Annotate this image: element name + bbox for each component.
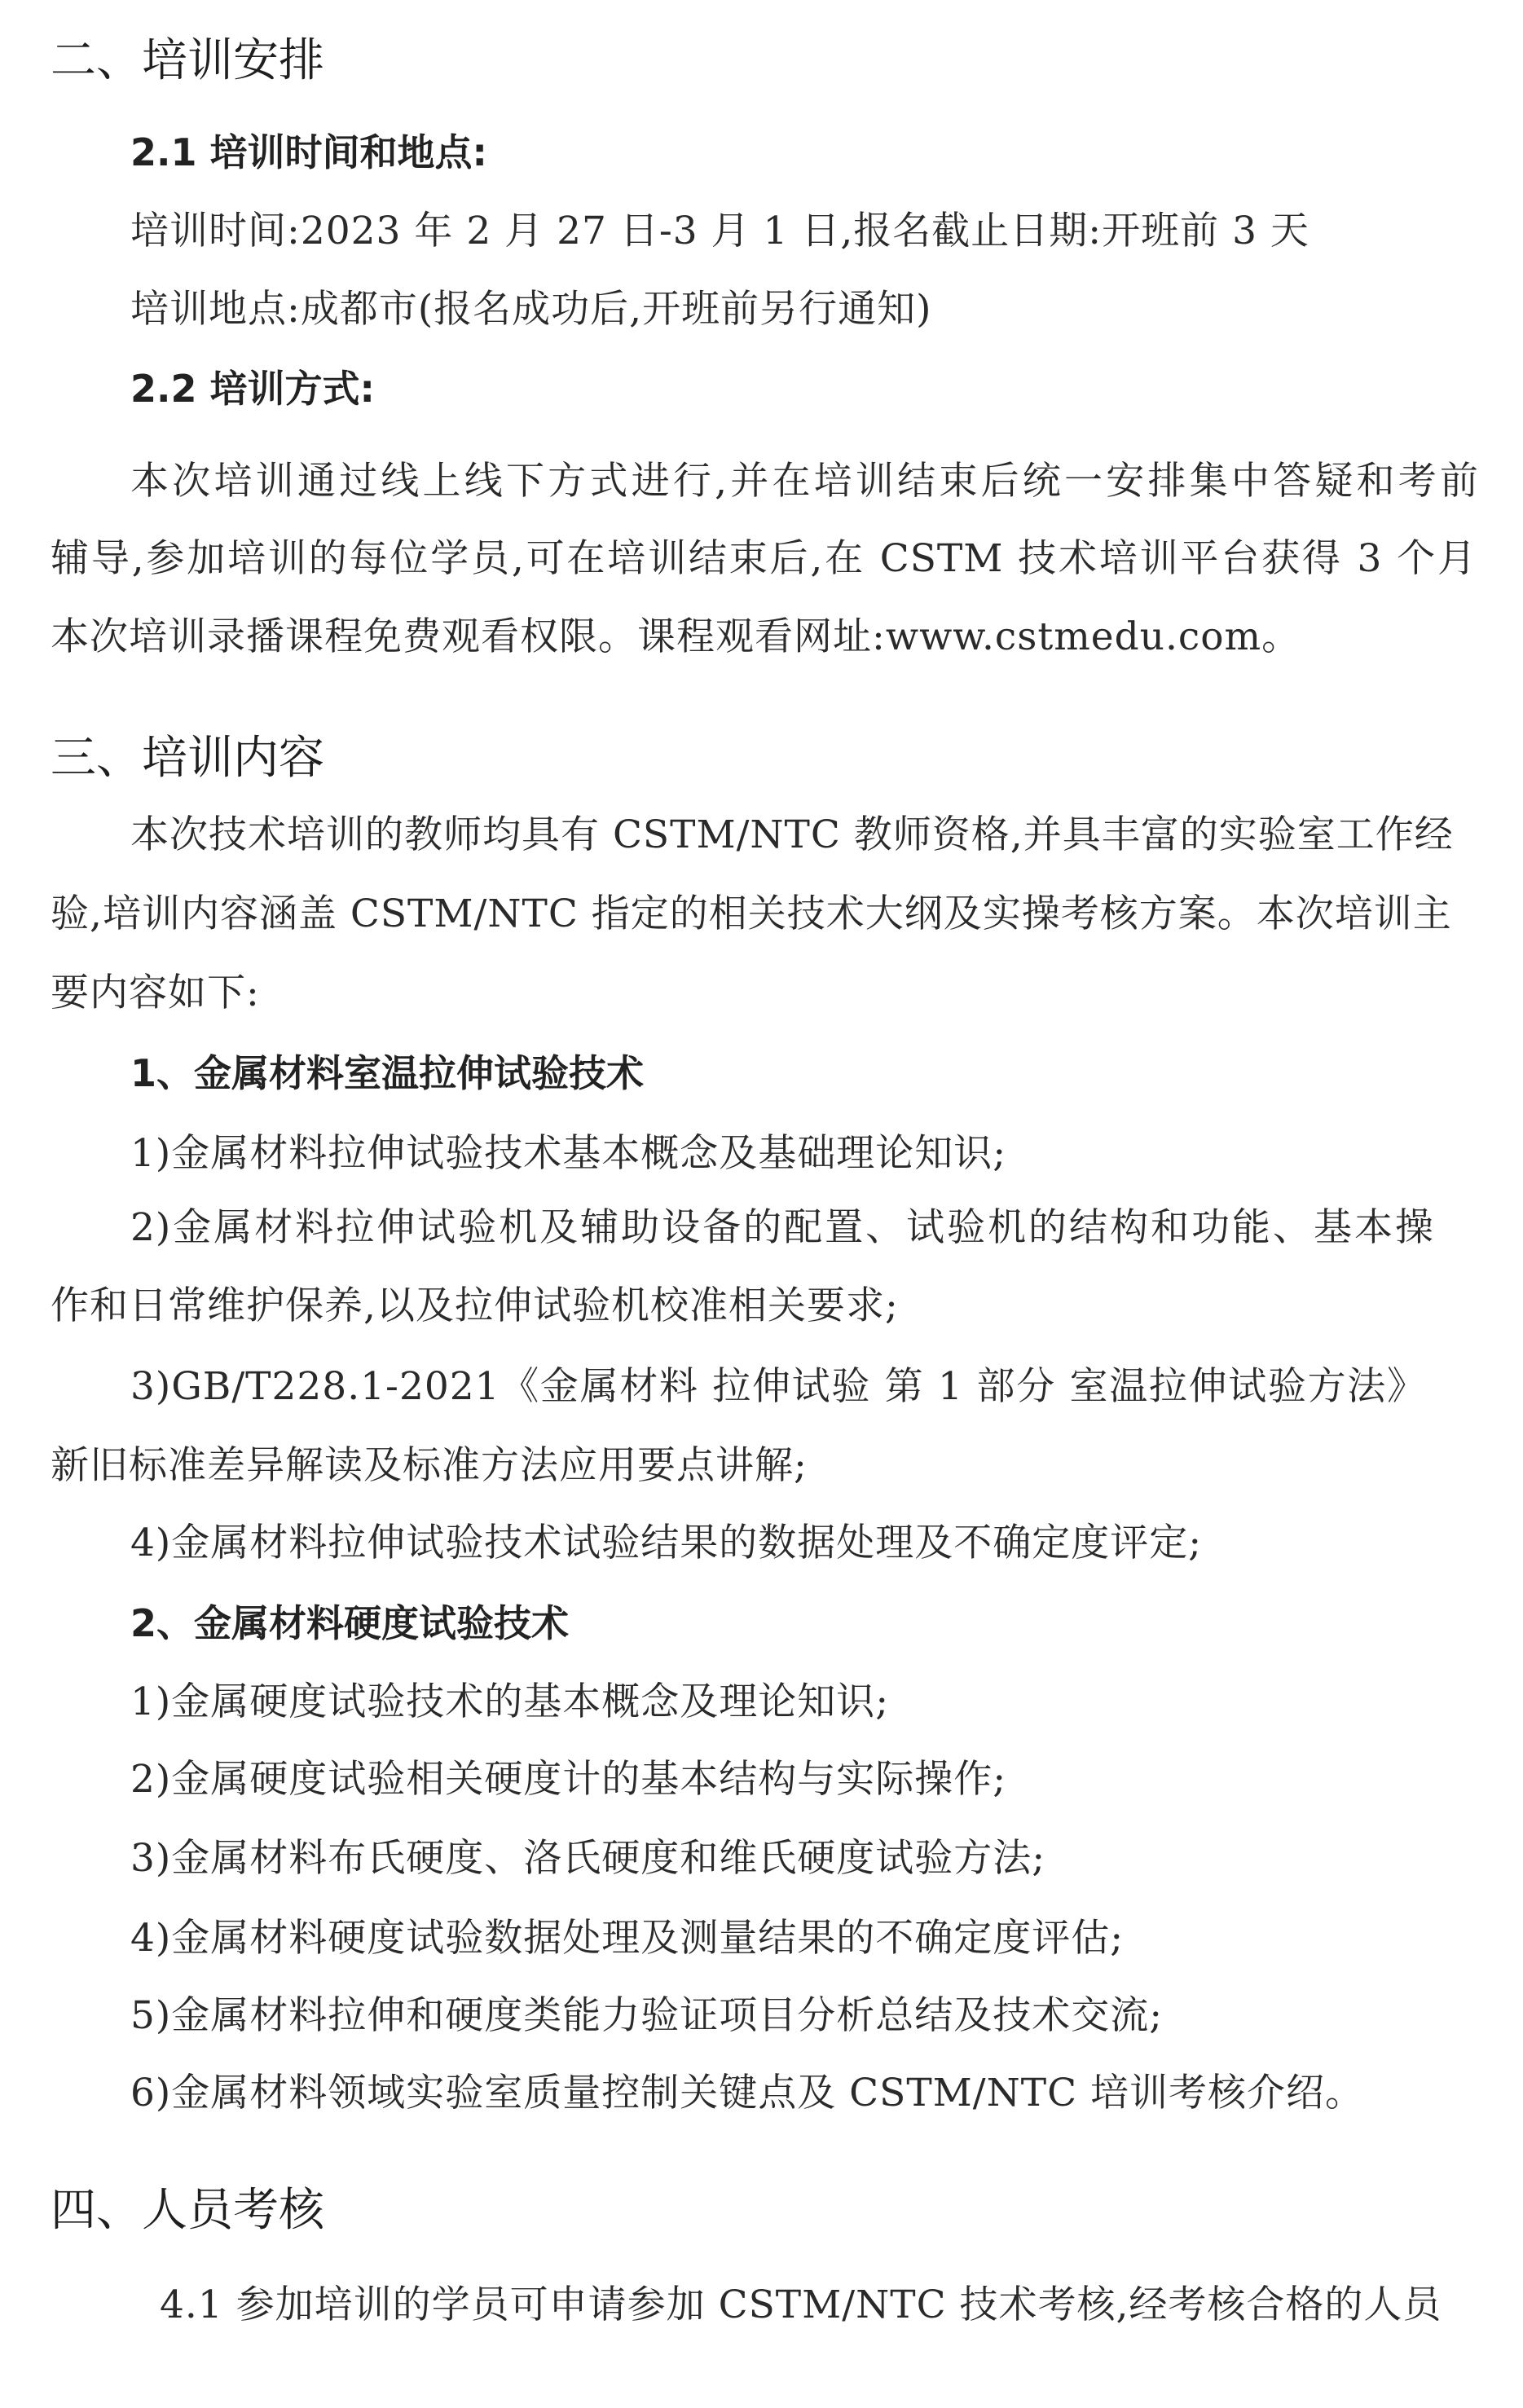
topic-heading-hardness: 2、金属材料硬度试验技术 (130, 1599, 569, 1648)
content-intro-line-3: 要内容如下: (51, 969, 260, 1018)
topic-heading-tensile: 1、金属材料室温拉伸试验技术 (130, 1049, 644, 1098)
subheading-time-place: 2.1 培训时间和地点: (130, 128, 487, 177)
training-place-text: 培训地点:成都市(报名成功后,开班前另行通知) (130, 285, 931, 334)
section-heading-training-content: 三、培训内容 (51, 730, 324, 787)
topic1-item-2: 2)金属材料拉伸试验机及辅助设备的配置、试验机的结构和功能、基本操 (130, 1204, 1434, 1252)
topic2-item-3: 3)金属材料布氏硬度、洛氏硬度和维氏硬度试验方法; (130, 1834, 1045, 1883)
topic2-item-4: 4)金属材料硬度试验数据处理及测量结果的不确定度评估; (130, 1914, 1124, 1963)
topic1-item-3-cont: 新旧标准差异解读及标准方法应用要点讲解; (51, 1442, 808, 1490)
method-para-line-3: 本次培训录播课程免费观看权限。课程观看网址:www.cstmedu.com。 (51, 613, 1301, 662)
topic1-item-3: 3)GB/T228.1-2021《金属材料 拉伸试验 第 1 部分 室温拉伸试验… (130, 1362, 1426, 1411)
training-time-text: 培训时间:2023 年 2 月 27 日-3 月 1 日,报名截止日期:开班前 … (130, 207, 1310, 256)
method-para-line-2: 辅导,参加培训的每位学员,可在培训结束后,在 CSTM 技术培训平台获得 3 个… (51, 535, 1477, 583)
section-heading-training-arrangement: 二、培训安排 (51, 33, 324, 90)
topic2-item-1: 1)金属硬度试验技术的基本概念及理论知识; (130, 1678, 889, 1727)
topic2-item-5: 5)金属材料拉伸和硬度类能力验证项目分析总结及技术交流; (130, 1992, 1163, 2040)
topic1-item-4: 4)金属材料拉伸试验技术试验结果的数据处理及不确定度评定; (130, 1519, 1202, 1568)
topic2-item-6: 6)金属材料领域实验室质量控制关键点及 CSTM/NTC 培训考核介绍。 (130, 2069, 1364, 2118)
subheading-training-method: 2.2 培训方式: (130, 364, 375, 413)
topic2-item-2: 2)金属硬度试验相关硬度计的基本结构与实际操作; (130, 1755, 1006, 1804)
content-intro-line-2: 验,培训内容涵盖 CSTM/NTC 指定的相关技术大纲及实操考核方案。本次培训主 (51, 890, 1434, 939)
topic1-item-2-cont: 作和日常维护保养,以及拉伸试验机校准相关要求; (51, 1282, 899, 1331)
topic1-item-1: 1)金属材料拉伸试验技术基本概念及基础理论知识; (130, 1129, 1006, 1178)
assessment-item-1: 4.1 参加培训的学员可申请参加 CSTM/NTC 技术考核,经考核合格的人员 (160, 2281, 1431, 2330)
method-para-line-1: 本次培训通过线上线下方式进行,并在培训结束后统一安排集中答疑和考前 (130, 457, 1479, 506)
content-intro-line-1: 本次技术培训的教师均具有 CSTM/NTC 教师资格,并具丰富的实验室工作经 (130, 811, 1434, 860)
section-heading-assessment: 四、人员考核 (51, 2182, 324, 2239)
